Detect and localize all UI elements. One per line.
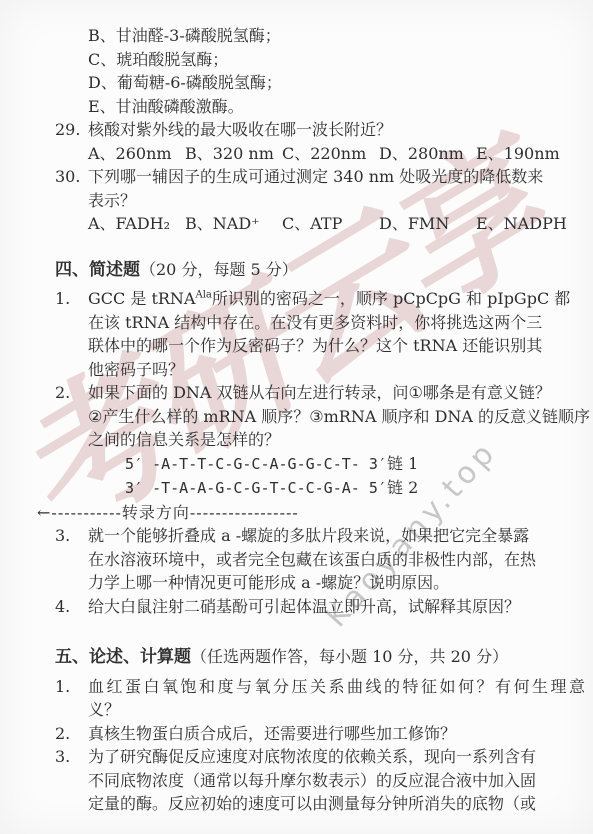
text-line: 之间的信息关系是怎样的？ xyxy=(88,428,557,452)
text-line: D、葡萄糖-6-磷酸脱氢酶； xyxy=(88,71,557,95)
page-content: B、甘油醛-3-磷酸脱氢酶；C、琥珀酸脱氢酶；D、葡萄糖-6-磷酸脱氢酶；E、甘… xyxy=(55,24,557,816)
option-item: C、ATP xyxy=(282,212,379,236)
dna-strand-line: 5′ -A-T-T-C-G-C-A-G-G-C-T- 3′链 1 xyxy=(125,452,557,477)
question-text: 下列哪一辅因子的生成可通过测定 340 nm 处吸光度的降低数来 xyxy=(88,167,543,186)
question-number: 30. xyxy=(55,165,88,189)
question-line: 30.下列哪一辅因子的生成可通过测定 340 nm 处吸光度的降低数来 xyxy=(55,165,557,189)
question-line: 1.血红蛋白氧饱和度与氧分压关系曲线的特征如何？有何生理意 xyxy=(55,675,557,699)
question-line: 2.真核生物蛋白质合成后，还需要进行哪些加工修饰？ xyxy=(55,722,557,746)
option-item: B、NAD⁺ xyxy=(185,212,282,236)
question-number: 2. xyxy=(55,722,88,746)
option-item: D、FMN xyxy=(379,212,476,236)
question-line: 3.为了研究酶促反应速度对底物浓度的依赖关系，现向一系列含有 xyxy=(55,745,557,769)
question-number: 29. xyxy=(55,118,88,142)
text-line: 不同底物浓度（通常以每升摩尔数表示）的反应混合液中加入固 xyxy=(88,769,557,793)
options-row: A、FADH₂B、NAD⁺C、ATPD、FMNE、NADPH xyxy=(88,212,557,236)
option-item: E、190nm xyxy=(476,142,573,166)
superscript-text: Ala xyxy=(195,290,211,301)
text-segment: GCC 是 tRNA xyxy=(88,289,195,308)
question-line: 3.就一个能够折叠成 a -螺旋的多肽片段来说，如果把它完全暴露 xyxy=(55,524,557,548)
option-item: A、260nm xyxy=(88,142,185,166)
section-heading: 五、论述、计算题（任选两题作答，每小题 10 分，共 20 分） xyxy=(55,645,557,670)
question-text: 就一个能够折叠成 a -螺旋的多肽片段来说，如果把它完全暴露 xyxy=(88,526,529,545)
question-text: 为了研究酶促反应速度对底物浓度的依赖关系，现向一系列含有 xyxy=(88,747,536,766)
question-line: 1.GCC 是 tRNAAla所识别的密码之一，顺序 pCpCpG 和 pIpG… xyxy=(55,287,557,311)
option-item: A、FADH₂ xyxy=(88,212,185,236)
dna-sequence: 3′ -T-A-A-G-C-G-T-C-C-G-A- 5′ xyxy=(125,477,387,501)
text-line: 联体中的哪一个作为反密码子？为什么？这个 tRNA 还能识别其 xyxy=(88,334,557,358)
question-number: 3. xyxy=(55,745,88,769)
strand-label: 链 2 xyxy=(387,478,418,497)
question-number: 4. xyxy=(55,595,88,619)
question-text: 核酸对紫外线的最大吸收在哪一波长附近？ xyxy=(88,120,392,139)
question-text: GCC 是 tRNAAla所识别的密码之一，顺序 pCpCpG 和 pIpGpC… xyxy=(88,289,570,308)
transcription-direction-line: ←-----------转录方向----------------- xyxy=(37,501,557,525)
text-line: ②产生什么样的 mRNA 顺序？③mRNA 顺序和 DNA 的反意义链顺序 xyxy=(88,405,557,429)
question-number: 2. xyxy=(55,381,88,405)
question-line: 2.如果下面的 DNA 双链从右向左进行转录，问①哪条是有意义链？ xyxy=(55,381,557,405)
question-number: 1. xyxy=(55,287,88,311)
question-number: 3. xyxy=(55,524,88,548)
text-line: 他密码子吗？ xyxy=(88,358,557,382)
text-line: B、甘油醛-3-磷酸脱氢酶； xyxy=(88,24,557,48)
option-item: C、220nm xyxy=(282,142,379,166)
text-line: 表示？ xyxy=(88,189,557,213)
strand-label: 链 1 xyxy=(387,454,418,473)
text-line: C、琥珀酸脱氢酶； xyxy=(88,48,557,72)
text-line: 义？ xyxy=(88,698,557,722)
option-item: E、NADPH xyxy=(476,212,573,236)
section-heading: 四、简述题（20 分，每题 5 分） xyxy=(55,258,557,283)
text-line: 在该 tRNA 结构中存在。在没有更多资料时，你将挑选这两个三 xyxy=(88,311,557,335)
question-line: 4.给大白鼠注射二硝基酚可引起体温立即升高，试解释其原因？ xyxy=(55,595,557,619)
section-heading-score-note: （20 分，每题 5 分） xyxy=(140,260,298,279)
question-text: 血红蛋白氧饱和度与氧分压关系曲线的特征如何？有何生理意 xyxy=(88,677,588,696)
options-row: A、260nmB、320 nmC、220nmD、280nmE、190nm xyxy=(88,142,557,166)
text-line: 在水溶液环境中，或者完全包藏在该蛋白质的非极性内部，在热 xyxy=(88,548,557,572)
question-text: 如果下面的 DNA 双链从右向左进行转录，问①哪条是有意义链？ xyxy=(88,383,551,402)
section-heading-score-note: （任选两题作答，每小题 10 分，共 20 分） xyxy=(191,647,508,666)
dna-sequence: 5′ -A-T-T-C-G-C-A-G-G-C-T- 3′ xyxy=(125,453,387,477)
text-line: 定量的酶。反应初始的速度可以由测量每分钟所消失的底物（或 xyxy=(88,792,557,816)
option-item: B、320 nm xyxy=(185,142,282,166)
question-number: 1. xyxy=(55,675,88,699)
text-line: E、甘油酸磷酸激酶。 xyxy=(88,95,557,119)
text-segment: 所识别的密码之一，顺序 pCpCpG 和 pIpGpC 都 xyxy=(212,289,570,308)
section-heading-title: 五、论述、计算题 xyxy=(55,647,191,667)
exam-page: 考研云享 Kaoyany.top B、甘油醛-3-磷酸脱氢酶；C、琥珀酸脱氢酶；… xyxy=(0,0,593,834)
question-text: 给大白鼠注射二硝基酚可引起体温立即升高，试解释其原因？ xyxy=(88,597,520,616)
dna-strand-line: 3′ -T-A-A-G-C-G-T-C-C-G-A- 5′链 2 xyxy=(125,476,557,501)
option-item: D、280nm xyxy=(379,142,476,166)
question-text: 真核生物蛋白质合成后，还需要进行哪些加工修饰？ xyxy=(88,724,456,743)
section-heading-title: 四、简述题 xyxy=(55,260,140,280)
question-line: 29.核酸对紫外线的最大吸收在哪一波长附近？ xyxy=(55,118,557,142)
text-line: 力学上哪一种情况更可能形成 a -螺旋？说明原因。 xyxy=(88,571,557,595)
